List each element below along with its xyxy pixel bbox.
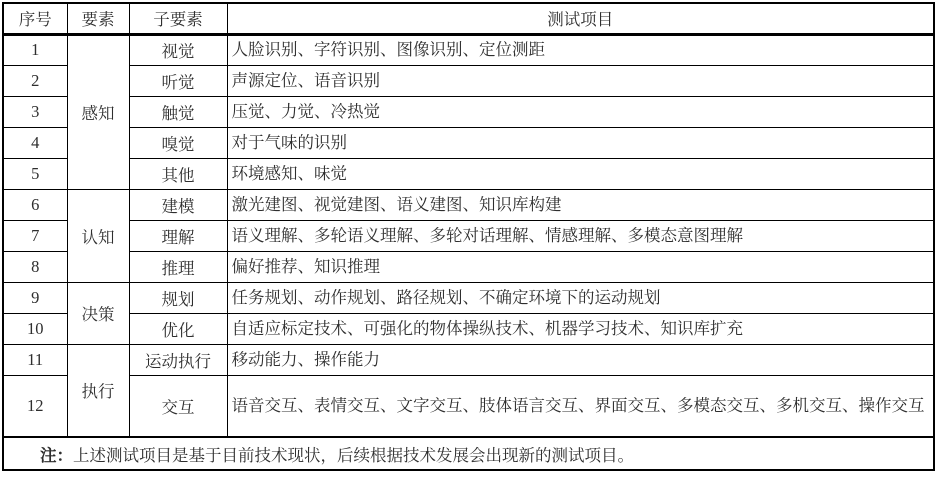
table-row: 5 其他 环境感知、味觉: [3, 158, 934, 189]
row-number: 1: [3, 34, 67, 65]
table-row: 7 理解 语义理解、多轮语义理解、多轮对话理解、情感理解、多模态意图理解: [3, 220, 934, 251]
table-row: 4 嗅觉 对于气味的识别: [3, 127, 934, 158]
table-row: 6 认知 建模 激光建图、视觉建图、语义建图、知识库构建: [3, 189, 934, 220]
row-number: 9: [3, 282, 67, 313]
note-text: 上述测试项目是基于目前技术现状，后续根据技术发展会出现新的测试项目。: [73, 446, 634, 465]
element-group-cognition: 认知: [67, 189, 129, 282]
sub-element: 其他: [129, 158, 227, 189]
table-row: 1 感知 视觉 人脸识别、字符识别、图像识别、定位测距: [3, 34, 934, 65]
test-items-table: 序号 要素 子要素 测试项目 1 感知 视觉 人脸识别、字符识别、图像识别、定位…: [2, 2, 935, 471]
sub-element: 听觉: [129, 65, 227, 96]
row-number: 7: [3, 220, 67, 251]
sub-element: 交互: [129, 375, 227, 437]
sub-element: 理解: [129, 220, 227, 251]
test-items: 语音交互、表情交互、文字交互、肢体语言交互、界面交互、多模态交互、多机交互、操作…: [227, 375, 934, 437]
element-group-execution: 执行: [67, 344, 129, 437]
table-header-row: 序号 要素 子要素 测试项目: [3, 3, 934, 34]
test-items: 人脸识别、字符识别、图像识别、定位测距: [227, 34, 934, 65]
test-items: 对于气味的识别: [227, 127, 934, 158]
test-items: 偏好推荐、知识推理: [227, 251, 934, 282]
element-group-perception: 感知: [67, 34, 129, 189]
row-number: 3: [3, 96, 67, 127]
row-number: 12: [3, 375, 67, 437]
row-number: 5: [3, 158, 67, 189]
row-number: 10: [3, 313, 67, 344]
header-cell-sub-element: 子要素: [129, 3, 227, 34]
test-items: 语义理解、多轮语义理解、多轮对话理解、情感理解、多模态意图理解: [227, 220, 934, 251]
header-cell-num: 序号: [3, 3, 67, 34]
row-number: 4: [3, 127, 67, 158]
test-items: 任务规划、动作规划、路径规划、不确定环境下的运动规划: [227, 282, 934, 313]
test-items: 压觉、力觉、冷热觉: [227, 96, 934, 127]
sub-element: 优化: [129, 313, 227, 344]
sub-element: 建模: [129, 189, 227, 220]
test-items: 声源定位、语音识别: [227, 65, 934, 96]
test-items: 环境感知、味觉: [227, 158, 934, 189]
sub-element: 视觉: [129, 34, 227, 65]
row-number: 8: [3, 251, 67, 282]
test-items: 移动能力、操作能力: [227, 344, 934, 375]
sub-element: 推理: [129, 251, 227, 282]
header-cell-element: 要素: [67, 3, 129, 34]
sub-element: 规划: [129, 282, 227, 313]
sub-element: 嗅觉: [129, 127, 227, 158]
table-row: 3 触觉 压觉、力觉、冷热觉: [3, 96, 934, 127]
table-row: 10 优化 自适应标定技术、可强化的物体操纵技术、机器学习技术、知识库扩充: [3, 313, 934, 344]
document-page: 序号 要素 子要素 测试项目 1 感知 视觉 人脸识别、字符识别、图像识别、定位…: [0, 2, 937, 493]
table-row: 8 推理 偏好推荐、知识推理: [3, 251, 934, 282]
table-note-row: 注：上述测试项目是基于目前技术现状，后续根据技术发展会出现新的测试项目。: [3, 437, 934, 470]
table-row: 9 决策 规划 任务规划、动作规划、路径规划、不确定环境下的运动规划: [3, 282, 934, 313]
note-prefix: 注：: [40, 446, 73, 465]
row-number: 2: [3, 65, 67, 96]
header-cell-test-items: 测试项目: [227, 3, 934, 34]
sub-element: 触觉: [129, 96, 227, 127]
table-row: 2 听觉 声源定位、语音识别: [3, 65, 934, 96]
element-group-decision: 决策: [67, 282, 129, 344]
row-number: 6: [3, 189, 67, 220]
row-number: 11: [3, 344, 67, 375]
table-row: 11 执行 运动执行 移动能力、操作能力: [3, 344, 934, 375]
test-items: 自适应标定技术、可强化的物体操纵技术、机器学习技术、知识库扩充: [227, 313, 934, 344]
test-items: 激光建图、视觉建图、语义建图、知识库构建: [227, 189, 934, 220]
sub-element: 运动执行: [129, 344, 227, 375]
table-note: 注：上述测试项目是基于目前技术现状，后续根据技术发展会出现新的测试项目。: [3, 437, 934, 470]
table-row: 12 交互 语音交互、表情交互、文字交互、肢体语言交互、界面交互、多模态交互、多…: [3, 375, 934, 437]
